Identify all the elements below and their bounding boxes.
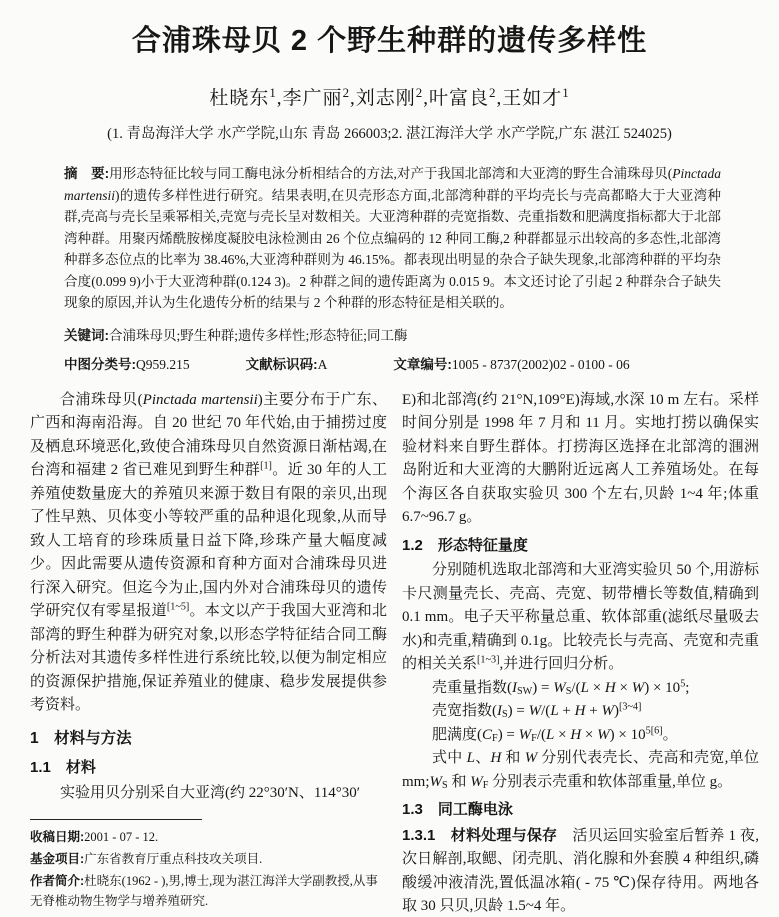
text-run: 壳宽指数( [432, 703, 497, 719]
text-run: /( [571, 680, 580, 696]
text-run: /( [537, 727, 546, 743]
text-run: 5[6] [646, 725, 663, 736]
footnote-block: 收稿日期:2001 - 07 - 12. 基金项目:广东省教育厅重点科技攻关项目… [30, 819, 381, 913]
intro-paragraph: 合浦珠母贝(Pinctada martensii)主要分布于广东、广西和海南沿海… [30, 389, 387, 718]
text-run: H [605, 680, 616, 696]
text-run: W [529, 703, 542, 719]
article-id-value: 1005 - 8737(2002)02 - 0100 - 06 [452, 357, 630, 372]
text-run: ) = [508, 703, 529, 719]
section-1-2-heading: 1.2 形态特征量度 [402, 534, 759, 558]
text-run: )的遗传多样性进行研究。结果表明,在贝壳形态方面,北部湾种群的平均壳长与壳高都略… [64, 188, 721, 311]
received-date-line: 收稿日期:2001 - 07 - 12. [30, 827, 381, 847]
text-run: 肥满度( [432, 727, 482, 743]
text-run: × [616, 680, 632, 696]
text-run: ,并进行回归分析。 [500, 656, 624, 672]
tissue-preparation-paragraph: 1.3.1 材料处理与保存 活贝运回实验室后暂养 1 夜,次日解剖,取鳃、闭壳肌… [402, 824, 759, 917]
affiliation-line: (1. 青岛海洋大学 水产学院,山东 青岛 266003;2. 湛江海洋大学 水… [0, 122, 779, 143]
text-run: 2 [343, 85, 350, 100]
text-run: [1] [260, 460, 272, 471]
abstract-text: 用形态特征比较与同工酶电泳分析相结合的方法,对产于我国北部湾和大亚湾的野生合浦珠… [64, 166, 721, 310]
text-run: 用形态特征比较与同工酶电泳分析相结合的方法,对产于我国北部湾和大亚湾的野生合浦珠… [109, 166, 672, 181]
fund-project-line: 基金项目:广东省教育厅重点科技攻关项目. [30, 849, 381, 869]
text-run: + [559, 703, 575, 719]
left-column: 合浦珠母贝(Pinctada martensii)主要分布于广东、广西和海南沿海… [30, 389, 387, 917]
text-run: H [570, 727, 581, 743]
text-run: ) × 10 [610, 727, 646, 743]
text-run: 1 [269, 85, 276, 100]
text-run: W [601, 703, 614, 719]
received-date-label: 收稿日期: [30, 830, 84, 844]
right-column: E)和北部湾(约 21°N,109°E)海域,水深 10 m 左右。采样时间分别… [402, 389, 759, 917]
text-run: C [482, 727, 492, 743]
text-run: + [585, 703, 601, 719]
section-1-heading: 1 材料与方法 [30, 727, 387, 751]
fund-project-label: 基金项目: [30, 852, 84, 866]
paper-page: 合浦珠母贝 2 个野生种群的遗传多样性 杜晓东1,李广丽2,刘志刚2,叶富良2,… [0, 0, 779, 917]
text-run: W [525, 750, 538, 766]
text-run: H [491, 750, 502, 766]
article-id-label: 文章编号: [393, 357, 452, 372]
text-run: 分别表示壳重和软体部重量,单位 g。 [488, 774, 732, 790]
text-run: 壳重量指数( [432, 680, 512, 696]
text-run: /( [541, 703, 550, 719]
materials-paragraph: 实验用贝分别采自大亚湾(约 22°30′N、114°30′ [30, 782, 387, 806]
article-id: 文章编号:1005 - 8737(2002)02 - 0100 - 06 [393, 353, 629, 373]
meta-line: 中图分类号:Q959.215 文献标识码:A 文章编号:1005 - 8737(… [64, 353, 721, 373]
text-run: [3~4] [619, 701, 641, 712]
text-run: 和 [501, 750, 524, 766]
text-run: ) = [498, 727, 519, 743]
text-run: 和 [448, 774, 471, 790]
text-run: 1 [562, 85, 569, 100]
author-bio-label: 作者简介: [30, 874, 84, 888]
footnote-rule [30, 819, 202, 820]
text-run: 叶富良 [429, 88, 489, 109]
text-run: L [581, 680, 589, 696]
keywords-label: 关键词: [64, 328, 109, 343]
section-1-3-heading: 1.3 同工酶电泳 [402, 798, 759, 822]
abstract-label: 摘 要: [64, 166, 109, 181]
clc-label: 中图分类号: [64, 357, 136, 372]
text-run: SW [517, 685, 532, 696]
received-date-value: 2001 - 07 - 12. [84, 830, 158, 844]
text-run: 王如才 [502, 88, 562, 109]
document-code-value: A [318, 357, 328, 372]
text-run: 。本文以产于我国大亚湾和北部湾的野生种群为研究对象,以形态学特征结合同工酶分析法… [30, 603, 387, 713]
text-run: W [470, 774, 483, 790]
text-run: L [467, 750, 475, 766]
clc-value: Q959.215 [136, 357, 190, 372]
keywords-line: 关键词:合浦珠母贝;野生种群;遗传多样性;形态特征;同工酶 [64, 324, 721, 344]
document-code: 文献标识码:A [246, 353, 328, 373]
shell-weight-index-formula: 壳重量指数(ISW) = WS/(L × H × W) × 105; [402, 677, 759, 701]
paper-title: 合浦珠母贝 2 个野生种群的遗传多样性 [20, 18, 759, 59]
text-run: 合浦珠母贝( [60, 392, 143, 408]
text-run: L [550, 703, 558, 719]
text-run: × [554, 727, 570, 743]
text-run: × [581, 727, 597, 743]
text-run: 。 [663, 727, 678, 743]
text-run: ) = [532, 680, 553, 696]
text-run: 式中 [432, 750, 467, 766]
two-column-body: 合浦珠母贝(Pinctada martensii)主要分布于广东、广西和海南沿海… [0, 373, 779, 917]
text-run: W [430, 774, 443, 790]
text-run: 刘志刚 [356, 88, 416, 109]
author-line: 杜晓东1,李广丽2,刘志刚2,叶富良2,王如才1 [0, 83, 779, 110]
text-run: 、 [475, 750, 491, 766]
text-run: Pinctada martensii [143, 392, 258, 408]
keywords-text: 合浦珠母贝;野生种群;遗传多样性;形态特征;同工酶 [109, 328, 408, 343]
text-run: 1.3.1 材料处理与保存 [402, 827, 557, 844]
formula-notation-paragraph: 式中 L、H 和 W 分别代表壳长、壳高和壳宽,单位 mm;WS 和 WF 分别… [402, 747, 759, 794]
text-run: 。近 30 年的人工养殖使数量庞大的养殖贝来源于数目有限的亲贝,出现了性早熟、贝… [30, 462, 387, 619]
text-run: [1~5] [167, 601, 189, 612]
text-run: 杜晓东 [209, 88, 269, 109]
author-bio-line: 作者简介:杜晓东(1962 - ),男,博士,现为湛江海洋大学副教授,从事无脊椎… [30, 871, 381, 911]
text-run: × [589, 680, 605, 696]
abstract-block: 摘 要:用形态特征比较与同工酶电泳分析相结合的方法,对产于我国北部湾和大亚湾的野… [64, 163, 721, 314]
shell-width-index-formula: 壳宽指数(IS) = W/(L + H + W)[3~4] [402, 700, 759, 724]
document-code-label: 文献标识码: [246, 357, 318, 372]
text-run: ) × 10 [644, 680, 680, 696]
fund-project-value: 广东省教育厅重点科技攻关项目. [84, 852, 262, 866]
text-run: 李广丽 [283, 88, 343, 109]
text-run: W [553, 680, 566, 696]
morphology-paragraph: 分别随机选取北部湾和大亚湾实验贝 50 个,用游标卡尺测量壳长、壳高、壳宽、韧带… [402, 559, 759, 677]
section-1-1-heading: 1.1 材料 [30, 756, 387, 780]
condition-factor-formula: 肥满度(CF) = WF/(L × H × W) × 105[6]。 [402, 724, 759, 748]
text-run: W [597, 727, 610, 743]
clc-number: 中图分类号:Q959.215 [64, 353, 190, 373]
text-run: H [575, 703, 586, 719]
text-run: W [519, 727, 532, 743]
sampling-paragraph: E)和北部湾(约 21°N,109°E)海域,水深 10 m 左右。采样时间分别… [402, 389, 759, 530]
text-run: [1~3] [477, 654, 499, 665]
text-run: ; [685, 680, 689, 696]
text-run: W [632, 680, 645, 696]
